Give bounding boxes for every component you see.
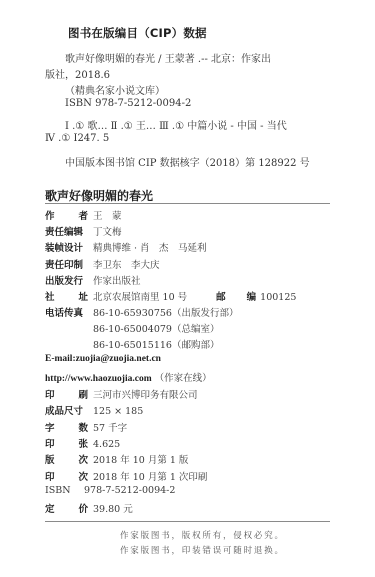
design-label: 装帧设计	[45, 240, 93, 254]
size-value: 125 × 185	[93, 406, 143, 417]
cip-subjects-line1: Ⅰ .① 歌… Ⅱ .① 王… Ⅲ .① 中篇小说 - 中国 - 当代	[65, 117, 287, 132]
printing-manager-value: 李卫东 李大庆	[93, 257, 160, 271]
price-value: 39.80 元	[93, 501, 133, 515]
detail-isbn: ISBN978-7-5212-0094-2	[45, 485, 175, 496]
size-label: 成品尺寸	[45, 403, 93, 417]
detail-website: http://www.haozuojia.com （作家在线）	[45, 370, 212, 384]
detail-phone-2: 86-10-65004079（总编室）	[93, 321, 219, 335]
detail-editor: 责任编辑丁文梅	[45, 224, 122, 238]
postcode-group: 邮编100125	[216, 289, 296, 303]
copyright-notice: 作家版图书，版权所有，侵权必究。	[120, 529, 285, 541]
phone-value-2: 86-10-65004079（总编室）	[93, 321, 219, 335]
address-label: 社址	[45, 289, 88, 303]
price-label: 定价	[45, 501, 88, 515]
impression-value: 2018 年 10 月第 1 次印刷	[93, 469, 207, 483]
cip-record-number: 中国版本图书馆 CIP 数据核字（2018）第 128922 号	[65, 154, 310, 169]
cip-isbn: ISBN 978-7-5212-0094-2	[65, 98, 191, 109]
postcode-label: 邮编	[216, 289, 256, 303]
word-count-value: 57 千字	[93, 420, 127, 434]
printer-value: 三河市兴博印务有限公司	[93, 387, 198, 401]
detail-printing-manager: 责任印制李卫东 李大庆	[45, 257, 160, 271]
book-title: 歌声好像明媚的春光	[45, 187, 153, 204]
isbn-label: ISBN	[45, 485, 76, 496]
detail-phone-3: 86-10-65015116（邮购部）	[93, 337, 219, 351]
divider-bottom	[45, 521, 330, 522]
detail-word-count: 字数57 千字	[45, 420, 127, 434]
design-value: 精典博维 · 肖 杰 马延利	[93, 240, 207, 254]
detail-design: 装帧设计精典博维 · 肖 杰 马延利	[45, 240, 207, 254]
postcode-value: 100125	[260, 292, 296, 303]
edition-value: 2018 年 10 月第 1 版	[93, 452, 188, 466]
detail-price: 定价39.80 元	[45, 501, 133, 515]
detail-impression: 印次2018 年 10 月第 1 次印刷	[45, 469, 207, 483]
publisher-value: 作家出版社	[93, 273, 141, 287]
detail-edition: 版次2018 年 10 月第 1 版	[45, 452, 188, 466]
edition-label: 版次	[45, 452, 88, 466]
phone-label: 电话传真	[45, 305, 93, 319]
printing-manager-label: 责任印制	[45, 257, 93, 271]
website-link[interactable]: http://www.haozuojia.com	[45, 374, 152, 384]
email-link[interactable]: E-mail:zuojia@zuojia.net.cn	[45, 354, 161, 364]
cip-heading: 图书在版编目（CIP）数据	[68, 25, 207, 41]
sheets-label: 印张	[45, 436, 88, 450]
cip-entry-line1: 歌声好像明媚的春光 / 王蒙著 .-- 北京：作家出	[65, 50, 271, 65]
editor-label: 责任编辑	[45, 224, 93, 238]
word-count-label: 字数	[45, 420, 88, 434]
detail-sheets: 印张4.625	[45, 436, 120, 450]
cip-series: （精典名家小说文库）	[65, 82, 165, 97]
divider-top	[45, 203, 330, 204]
detail-address: 社址北京农展馆南里 10 号 邮编100125	[45, 289, 296, 303]
return-notice: 作家版图书，印装错误可随时退换。	[120, 544, 285, 556]
publisher-label: 出版发行	[45, 273, 93, 287]
phone-value-1: 86-10-65930756（出版发行部）	[93, 305, 238, 319]
website-note: （作家在线）	[155, 370, 212, 384]
cip-subjects-line2: Ⅳ .① I247. 5	[45, 133, 109, 144]
author-label: 作者	[45, 208, 88, 222]
cip-entry-line2: 版社，2018.6	[45, 66, 110, 81]
address-value: 北京农展馆南里 10 号	[93, 289, 187, 303]
detail-phone: 电话传真86-10-65930756（出版发行部）	[45, 305, 238, 319]
author-value: 王 蒙	[93, 208, 122, 222]
printer-label: 印刷	[45, 387, 88, 401]
detail-printer: 印刷三河市兴博印务有限公司	[45, 387, 198, 401]
isbn-value: 978-7-5212-0094-2	[84, 485, 175, 496]
phone-value-3: 86-10-65015116（邮购部）	[93, 337, 219, 351]
detail-author: 作者王 蒙	[45, 208, 122, 222]
sheets-value: 4.625	[93, 439, 120, 450]
detail-size: 成品尺寸125 × 185	[45, 403, 143, 417]
detail-publisher: 出版发行作家出版社	[45, 273, 141, 287]
impression-label: 印次	[45, 469, 88, 483]
editor-value: 丁文梅	[93, 224, 122, 238]
